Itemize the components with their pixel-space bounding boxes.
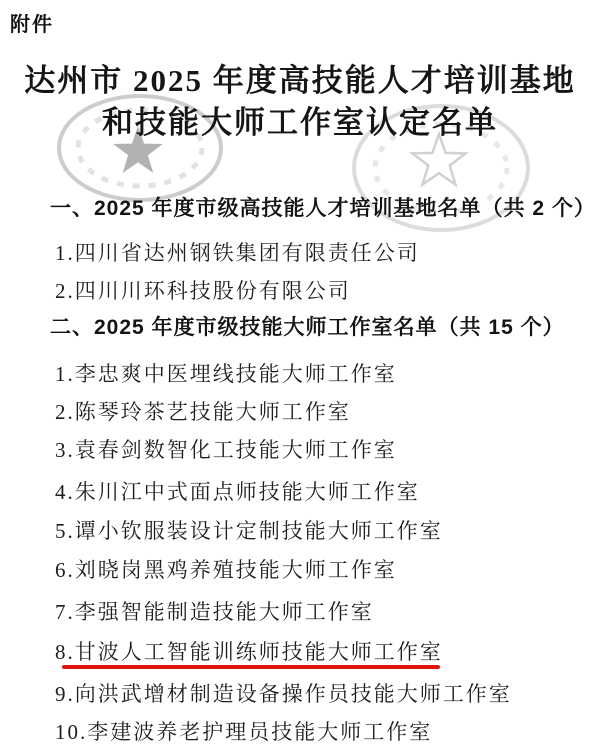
list-item: 1.四川省达州钢铁集团有限责任公司 <box>55 240 590 266</box>
list-item: 4.朱川江中式面点师技能大师工作室 <box>55 479 590 505</box>
scanned-document-page: 附件 达州市 2025 年度高技能人才培训基地 和技能大师工作室认定名单 一、2… <box>0 0 600 755</box>
list-item: 7.李强智能制造技能大师工作室 <box>55 599 590 625</box>
list-item-highlighted: 8.甘波人工智能训练师技能大师工作室 <box>55 639 590 665</box>
list-item: 10.李建波养老护理员技能大师工作室 <box>55 719 590 745</box>
list-item: 3.袁春剑数智化工技能大师工作室 <box>55 437 590 463</box>
document-title: 达州市 2025 年度高技能人才培训基地 和技能大师工作室认定名单 <box>0 60 600 144</box>
list-item: 2.四川川环科技股份有限公司 <box>55 278 590 304</box>
list-item: 6.刘晓岗黑鸡养殖技能大师工作室 <box>55 557 590 583</box>
list-item: 2.陈琴玲茶艺技能大师工作室 <box>55 399 590 425</box>
title-line-1: 达州市 2025 年度高技能人才培训基地 <box>0 60 600 102</box>
attachment-label: 附件 <box>10 8 54 37</box>
title-line-2: 和技能大师工作室认定名单 <box>0 102 600 144</box>
list-item: 9.向洪武增材制造设备操作员技能大师工作室 <box>55 681 590 707</box>
red-underline-annotation <box>62 665 440 669</box>
list-item: 5.谭小钦服装设计定制技能大师工作室 <box>55 518 590 544</box>
section-2-heading: 二、2025 年度市级技能大师工作室名单（共 15 个） <box>50 315 590 341</box>
section-1-heading: 一、2025 年度市级高技能人才培训基地名单（共 2 个） <box>50 196 590 222</box>
list-item: 1.李忠爽中医埋线技能大师工作室 <box>55 361 590 387</box>
